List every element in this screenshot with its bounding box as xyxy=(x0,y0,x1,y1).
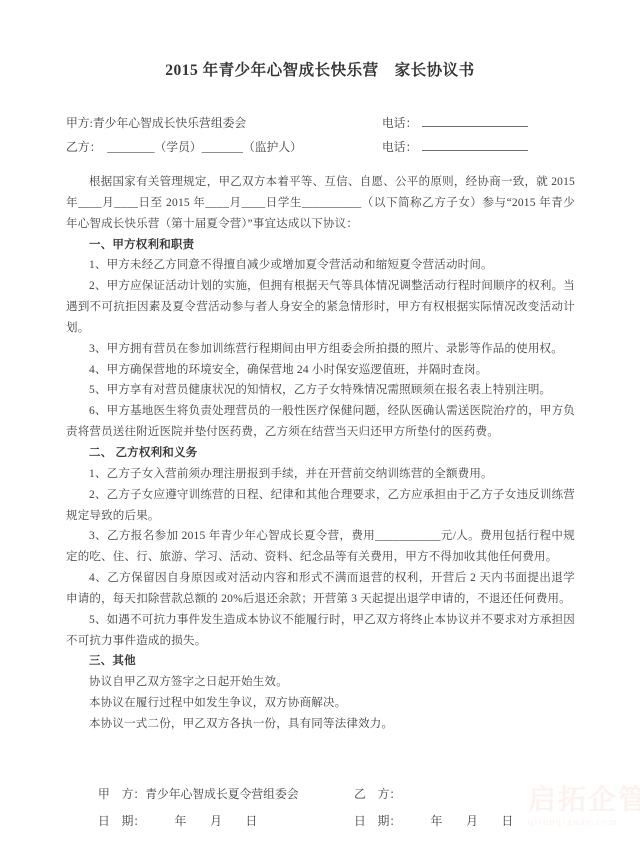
clause-paragraph: 3、乙方报名参加 2015 年青少年心智成长夏令营，费用___________元… xyxy=(66,526,575,568)
clause-paragraph: 4、甲方确保营地的环境安全，确保营地 24 小时保安巡逻值班，并隔时查岗。 xyxy=(66,360,575,381)
clause-paragraph: 2、甲方应保证活动计划的实施，但拥有根据天气等具体情况调整活动行程时间顺序的权利… xyxy=(66,276,575,339)
document-title: 2015 年青少年心智成长快乐营 家长协议书 xyxy=(0,58,640,80)
watermark: 启拓企管 qituoqiguan.com xyxy=(528,786,640,829)
section-1-heading: 一、甲方权利和职责 xyxy=(66,235,575,256)
clause-paragraph: 6、甲方基地医生将负责处理营员的一般性医疗保健问题，经队医确认需送医院治疗的，甲… xyxy=(66,401,575,443)
party-b-signature: 乙 方： 日 期： 年 月 日 xyxy=(354,781,513,835)
party-a-phone: 电话： xyxy=(382,112,528,136)
clause-paragraph: 4、乙方保留因自身原因或对活动内容和形式不满而退营的权利，开营后 2 天内书面提… xyxy=(66,568,575,610)
party-a-signature-line: 甲 方：青少年心智成长夏令营组委会 xyxy=(98,781,299,808)
phone-blank-line xyxy=(422,137,528,151)
watermark-subtext: qituoqiguan.com xyxy=(528,816,640,829)
party-a-date-line: 日 期： 年 月 日 xyxy=(98,808,299,835)
party-a-name: 甲方:青少年心智成长快乐营组委会 xyxy=(66,116,246,130)
clause-paragraph: 3、甲方拥有营员在参加训练营行程期间由甲方组委会所拍摄的照片、录影等作品的使用权… xyxy=(66,339,575,360)
clause-paragraph: 1、乙方子女入营前须办理注册报到手续，并在开营前交纳训练营的全额费用。 xyxy=(66,464,575,485)
party-b-signature-line: 乙 方： xyxy=(354,781,513,808)
party-b-date-line: 日 期： 年 月 日 xyxy=(354,808,513,835)
preamble-paragraph: 根据国家有关管理规定，甲乙双方本着平等、互信、自愿、公平的原则，经协商一致，就 … xyxy=(66,172,575,235)
party-b-name: 乙方： ________（学员）_______（监护人） xyxy=(66,140,302,154)
section-2-heading: 二、 乙方权利和义务 xyxy=(66,443,575,464)
clause-paragraph: 本协议一式二份，甲乙双方各执一份，具有同等法律效力。 xyxy=(66,714,575,735)
party-a-signature: 甲 方：青少年心智成长夏令营组委会 日 期： 年 月 日 xyxy=(98,781,299,835)
section-3-heading: 三、其他 xyxy=(66,651,575,672)
party-b-phone: 电话： xyxy=(382,136,528,160)
clause-paragraph: 1、甲方未经乙方同意不得擅自减少或增加夏令营活动和缩短夏令营活动时间。 xyxy=(66,255,575,276)
watermark-text: 启拓企管 xyxy=(528,786,640,816)
clause-paragraph: 5、甲方享有对营员健康状况的知情权，乙方子女特殊情况需照顾须在报名表上特别注明。 xyxy=(66,380,575,401)
phone-label: 电话： xyxy=(382,116,417,130)
phone-label: 电话： xyxy=(382,140,417,154)
document-page: 2015 年青少年心智成长快乐营 家长协议书 甲方:青少年心智成长快乐营组委会 … xyxy=(0,0,640,850)
clause-paragraph: 5、如遇不可抗力事件发生造成本协议不能履行时，甲乙双方将终止本协议并不要求对方承… xyxy=(66,610,575,652)
agreement-body: 根据国家有关管理规定，甲乙双方本着平等、互信、自愿、公平的原则，经协商一致，就 … xyxy=(66,172,575,772)
party-a-row: 甲方:青少年心智成长快乐营组委会 电话： xyxy=(66,112,576,136)
party-b-row: 乙方： ________（学员）_______（监护人） 电话： xyxy=(66,136,576,160)
phone-blank-line xyxy=(422,113,528,127)
clause-paragraph: 本协议在履行过程中如发生争议，双方协商解决。 xyxy=(66,693,575,714)
parties-block: 甲方:青少年心智成长快乐营组委会 电话： 乙方： ________（学员）___… xyxy=(66,112,576,159)
clause-paragraph: 2、乙方子女应遵守训练营的日程、纪律和其他合理要求，乙方应承担由于乙方子女违反训… xyxy=(66,485,575,527)
clause-paragraph: 协议自甲乙双方签字之日起开始生效。 xyxy=(66,672,575,693)
